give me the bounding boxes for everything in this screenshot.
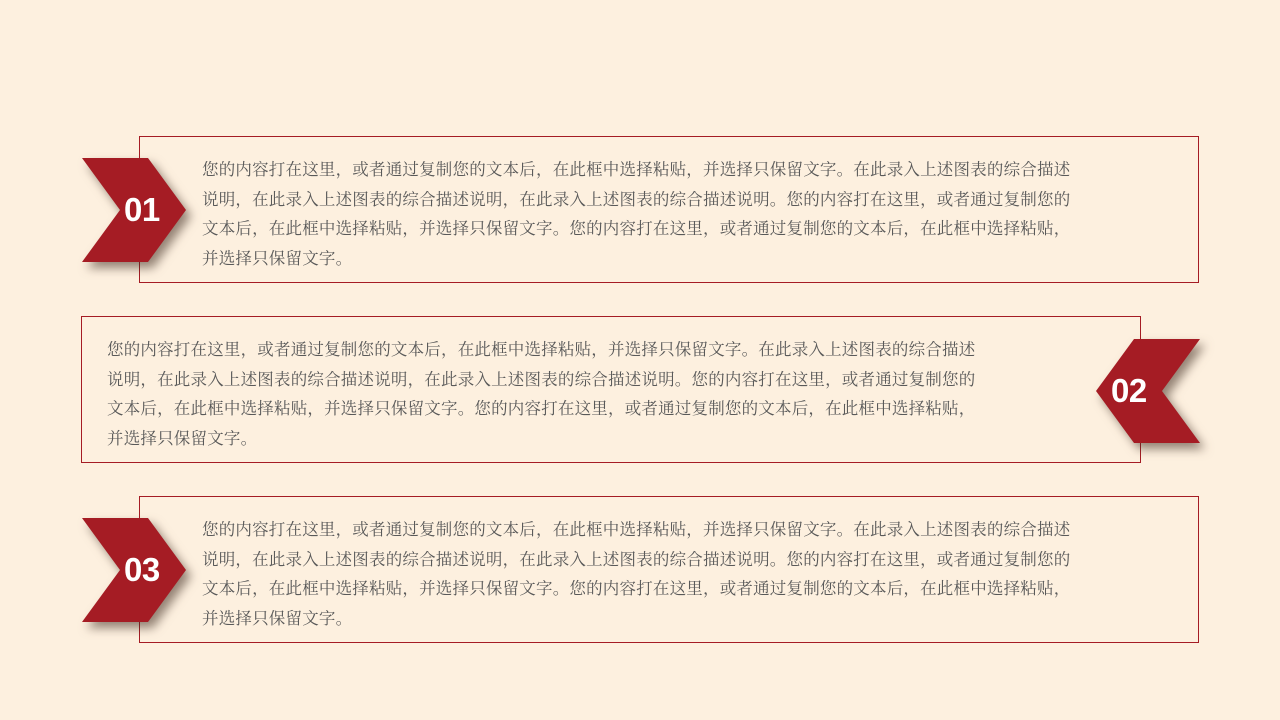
badge-number: 01 bbox=[124, 158, 160, 262]
content-text-01: 您的内容打在这里，或者通过复制您的文本后，在此框中选择粘贴，并选择只保留文字。在… bbox=[202, 155, 1070, 273]
badge-number: 02 bbox=[1111, 339, 1147, 443]
text-line: 并选择只保留文字。 bbox=[107, 424, 975, 454]
content-box-03: 您的内容打在这里，或者通过复制您的文本后，在此框中选择粘贴，并选择只保留文字。在… bbox=[139, 496, 1199, 643]
number-badge-01: 01 bbox=[82, 158, 186, 262]
text-line: 说明，在此录入上述图表的综合描述说明，在此录入上述图表的综合描述说明。您的内容打… bbox=[202, 185, 1070, 215]
text-line: 文本后，在此框中选择粘贴，并选择只保留文字。您的内容打在这里，或者通过复制您的文… bbox=[202, 574, 1070, 604]
content-box-02: 您的内容打在这里，或者通过复制您的文本后，在此框中选择粘贴，并选择只保留文字。在… bbox=[81, 316, 1141, 463]
text-line: 并选择只保留文字。 bbox=[202, 244, 1070, 274]
text-line: 您的内容打在这里，或者通过复制您的文本后，在此框中选择粘贴，并选择只保留文字。在… bbox=[202, 515, 1070, 545]
text-line: 说明，在此录入上述图表的综合描述说明，在此录入上述图表的综合描述说明。您的内容打… bbox=[202, 545, 1070, 575]
text-line: 说明，在此录入上述图表的综合描述说明，在此录入上述图表的综合描述说明。您的内容打… bbox=[107, 365, 975, 395]
text-line: 文本后，在此框中选择粘贴，并选择只保留文字。您的内容打在这里，或者通过复制您的文… bbox=[202, 214, 1070, 244]
badge-number: 03 bbox=[124, 518, 160, 622]
number-badge-02: 02 bbox=[1096, 339, 1200, 443]
text-line: 文本后，在此框中选择粘贴，并选择只保留文字。您的内容打在这里，或者通过复制您的文… bbox=[107, 394, 975, 424]
text-line: 并选择只保留文字。 bbox=[202, 604, 1070, 634]
content-box-01: 您的内容打在这里，或者通过复制您的文本后，在此框中选择粘贴，并选择只保留文字。在… bbox=[139, 136, 1199, 283]
text-line: 您的内容打在这里，或者通过复制您的文本后，在此框中选择粘贴，并选择只保留文字。在… bbox=[107, 335, 975, 365]
content-text-02: 您的内容打在这里，或者通过复制您的文本后，在此框中选择粘贴，并选择只保留文字。在… bbox=[107, 335, 975, 453]
content-text-03: 您的内容打在这里，或者通过复制您的文本后，在此框中选择粘贴，并选择只保留文字。在… bbox=[202, 515, 1070, 633]
slide: 您的内容打在这里，或者通过复制您的文本后，在此框中选择粘贴，并选择只保留文字。在… bbox=[0, 0, 1280, 720]
number-badge-03: 03 bbox=[82, 518, 186, 622]
text-line: 您的内容打在这里，或者通过复制您的文本后，在此框中选择粘贴，并选择只保留文字。在… bbox=[202, 155, 1070, 185]
